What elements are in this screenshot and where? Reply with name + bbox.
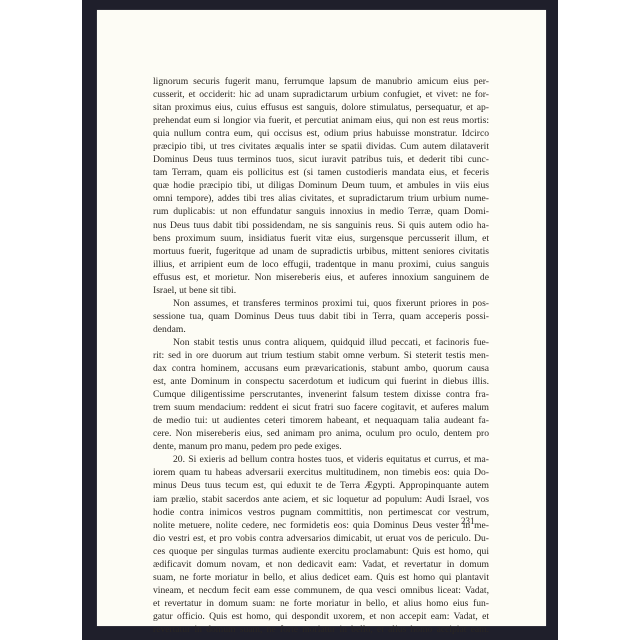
text-line: dax contra hominem, accusans eum prævari… xyxy=(153,362,489,375)
text-line: Israel, ut bene sit tibi. xyxy=(153,284,489,297)
text-line: rum duplicabis: ut non effundatur sangui… xyxy=(153,205,489,218)
text-line: præcipio tibi, ut tres civitates æqualis… xyxy=(153,140,489,153)
text-line: est, ante Dominum in conspectu sacerdotu… xyxy=(153,375,489,388)
text-line: nolite metuere, nolite cedere, nec formi… xyxy=(153,519,489,532)
body-text: lignorum securis fugerit manu, ferrumque… xyxy=(153,75,489,636)
text-line: iam prælio, stabit sacerdos ante aciem, … xyxy=(153,493,489,506)
text-line: suam, ne forte moriatur in bello, et ali… xyxy=(153,571,489,584)
text-line: nus Deus tuus dabit tibi possidendam, ne… xyxy=(153,219,489,232)
text-line: gatur officio. Quis est homo, qui despon… xyxy=(153,610,489,623)
text-line: sessione tua, quam Dominus Deus tuus dab… xyxy=(153,310,489,323)
text-line: iorem quam tu habeas adversarii exercitu… xyxy=(153,466,489,479)
text-line: Dominus Deus tuus terminos tuos, sicut i… xyxy=(153,153,489,166)
text-line: trem suum mendacium: reddent ei sicut fr… xyxy=(153,401,489,414)
text-line: prehendat eum si longior via fuerit, et … xyxy=(153,114,489,127)
text-line: quia nullum contra eum, qui occisus est,… xyxy=(153,127,489,140)
page-number: 231 xyxy=(461,516,475,526)
text-line: lignorum securis fugerit manu, ferrumque… xyxy=(153,75,489,88)
text-line: dendam. xyxy=(153,323,489,336)
text-line: minus Deus tuus tecum est, qui eduxit te… xyxy=(153,479,489,492)
text-line: bens proximum suum, insidiatus fuerit vi… xyxy=(153,232,489,245)
text-line: et revertatur in domum suam: ne forte mo… xyxy=(153,597,489,610)
text-line: dente, manum pro manu, pedem pro pede ex… xyxy=(153,440,489,453)
text-line: vineam, et necdum fecit eam esse commune… xyxy=(153,584,489,597)
text-line: hodie contra inimicos vestros pugnam com… xyxy=(153,506,489,519)
text-line: Cumque diligentissime perscrutantes, inv… xyxy=(153,388,489,401)
text-line: ces quoque per singulas turmas audiente … xyxy=(153,545,489,558)
text-line: ædificavit domum novam, et non dedicavit… xyxy=(153,558,489,571)
text-line: tam Terram, quam eis pollicitus est (si … xyxy=(153,166,489,179)
text-line: rit: sed in ore duorum aut trium testium… xyxy=(153,349,489,362)
text-line: Non assumes, et transferes terminos prox… xyxy=(153,297,489,310)
text-line: cusserit, et occiderit: hic ad unam supr… xyxy=(153,88,489,101)
book-page: lignorum securis fugerit manu, ferrumque… xyxy=(97,10,546,626)
text-line: omni tempore), addes tibi tres alias civ… xyxy=(153,192,489,205)
text-line: dio vestri est, et pro vobis contra adve… xyxy=(153,532,489,545)
text-line: 20. Si exieris ad bellum contra hostes t… xyxy=(153,453,489,466)
text-line: effusus est, et morietur. Non misereberi… xyxy=(153,271,489,284)
text-line: sitan proximus eius, cuius effusus est s… xyxy=(153,101,489,114)
text-line: de medio tui: ut audientes ceteri timore… xyxy=(153,414,489,427)
text-line: revertatur in domum suam, ne forte moria… xyxy=(153,623,489,636)
text-line: illius, et arripient eum de loco effugii… xyxy=(153,258,489,271)
text-line: mortuus fuerit, fugeritque ad unam de su… xyxy=(153,245,489,258)
text-line: quæ hodie præcipio tibi, ut diligas Domi… xyxy=(153,179,489,192)
text-line: Non stabit testis unus contra aliquem, q… xyxy=(153,336,489,349)
text-line: cere. Non misereberis eius, sed animam p… xyxy=(153,427,489,440)
